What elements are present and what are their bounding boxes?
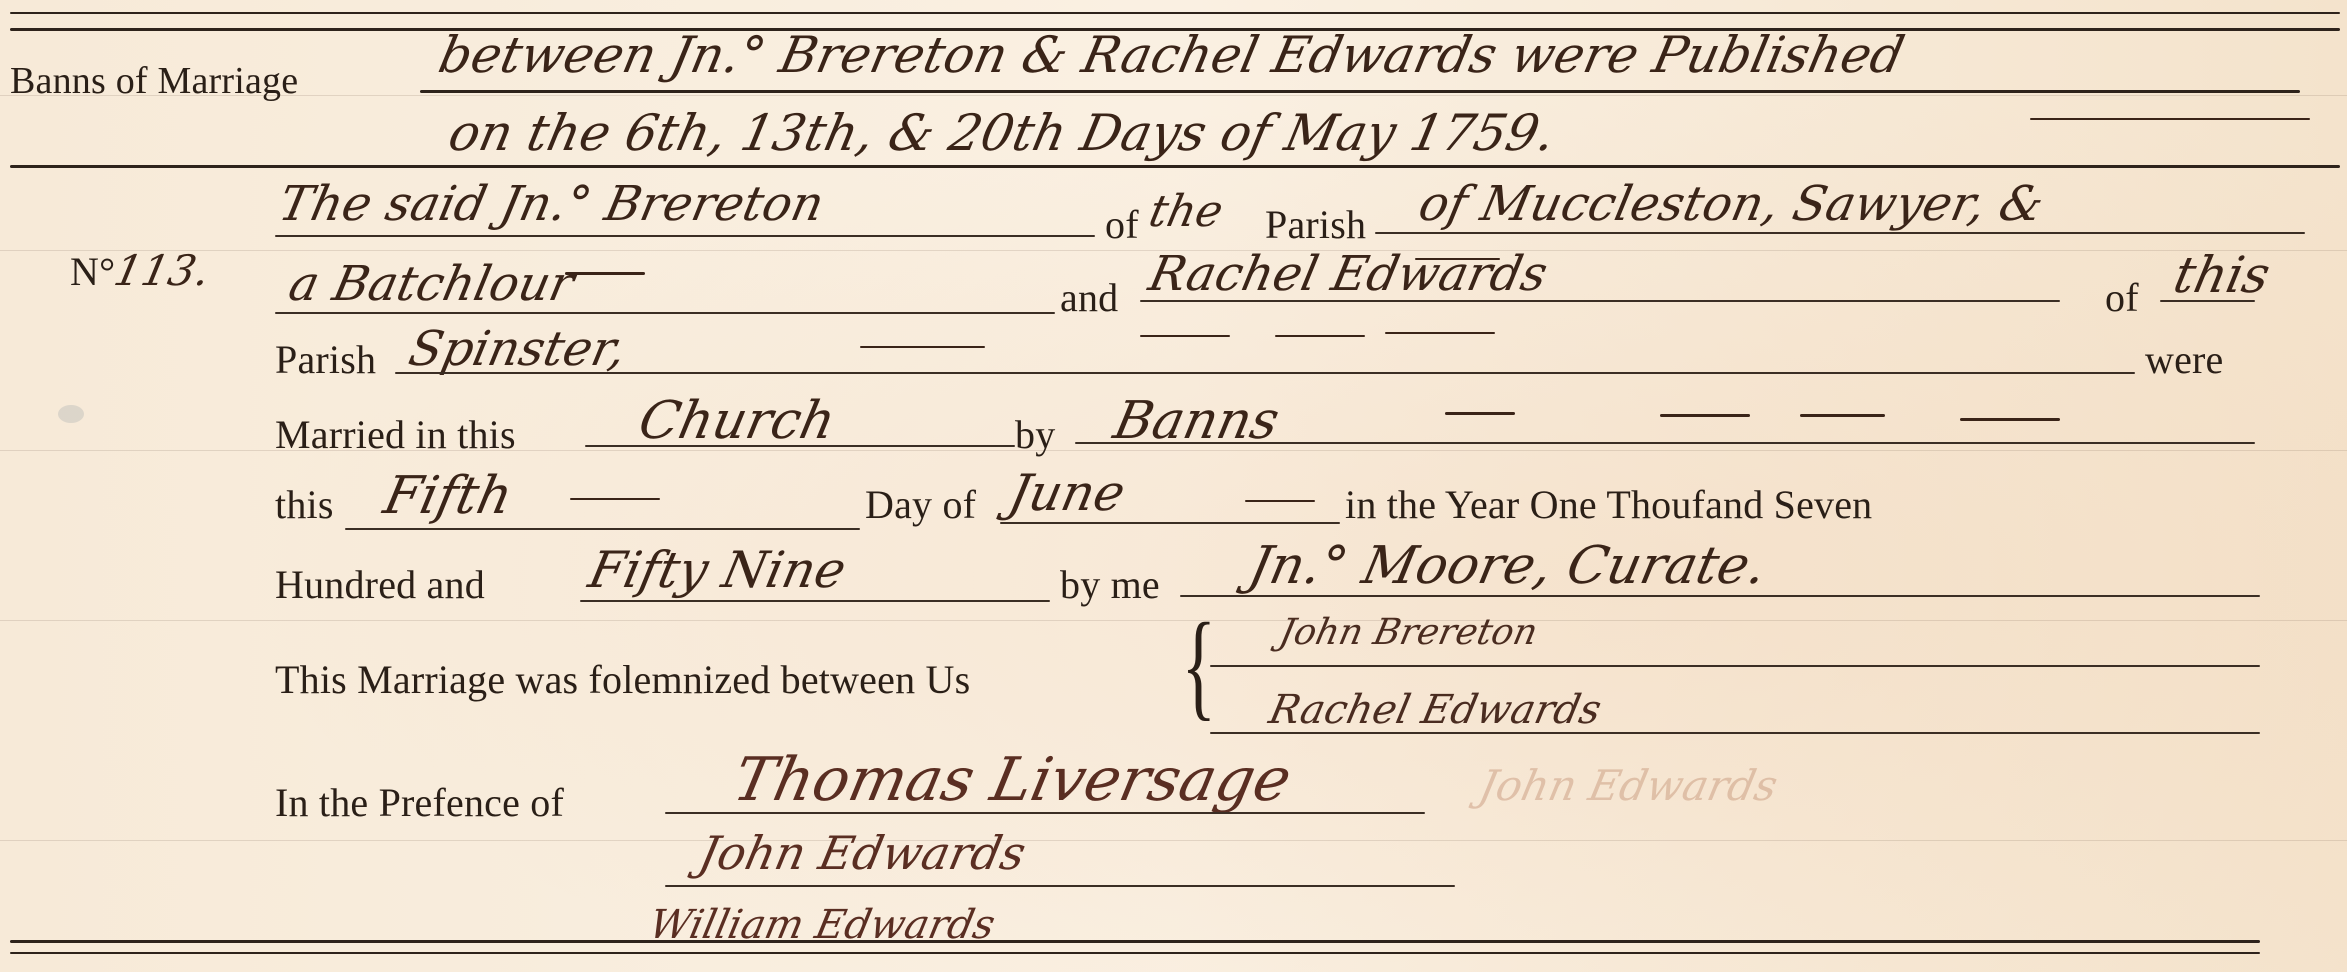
filler-dash	[860, 346, 985, 348]
filler-dash	[1800, 414, 1885, 417]
filler-dash	[1275, 335, 1365, 337]
banns-bottom-rule	[10, 165, 2340, 168]
hand-the: the	[1145, 190, 1226, 234]
label-married-in-this: Married in this	[275, 415, 516, 455]
label-year-prefix: in the Year One Thoufand Seven	[1345, 485, 1872, 525]
filler-dash	[565, 272, 645, 275]
banns-line-1: between Jn.° Brereton & Rachel Edwards w…	[435, 30, 1909, 80]
top-rule	[10, 12, 2340, 14]
hand-this-rule	[2160, 300, 2255, 302]
label-this: this	[275, 485, 334, 525]
entry-number-prefix: N°	[70, 249, 115, 294]
filler-dash	[1245, 500, 1315, 502]
label-day-of: Day of	[865, 485, 976, 525]
filler-dash	[1415, 258, 1500, 260]
register-page: Banns of Marriage between Jn.° Brereton …	[0, 0, 2347, 972]
place-rule	[585, 445, 1015, 447]
entry-number: N°113.	[70, 250, 210, 292]
entry-number-value: 113.	[111, 250, 214, 292]
filler-dash	[1445, 412, 1515, 415]
label-by: by	[1015, 415, 1055, 455]
day-rule	[345, 528, 860, 530]
signature-groom: John Brereton	[1276, 615, 1540, 651]
filler-dash	[2030, 118, 2310, 120]
banns-label: Banns of Marriage	[10, 62, 298, 100]
paper-ruling	[0, 840, 2347, 841]
marriage-by: Banns	[1109, 395, 1283, 447]
label-hundred-and: Hundred and	[275, 565, 485, 605]
marriage-place: Church	[634, 395, 839, 447]
label-presence: In the Prefence of	[275, 783, 564, 823]
label-were: were	[2145, 340, 2224, 380]
groom-status: a Batchlour	[285, 260, 578, 308]
witness-3: William Edwards	[646, 905, 999, 945]
marriage-year: Fifty Nine	[585, 545, 851, 595]
label-by-me: by me	[1060, 565, 1160, 605]
witness-1: Thomas Liversage	[729, 750, 1297, 810]
groom-parish-occupation: of Muccleston, Sawyer, &	[1415, 180, 2048, 228]
groom-name-hand: The said Jn.° Brereton	[275, 180, 828, 228]
banns-rule-1	[420, 90, 2300, 93]
officiant: Jn.° Moore, Curate.	[1244, 540, 1770, 592]
bride-status: Spinster,	[405, 325, 630, 373]
year-rule	[580, 600, 1050, 602]
bride-name-rule	[1140, 300, 2060, 302]
groom-status-rule	[275, 312, 1055, 314]
label-solemnized: This Marriage was folemnized between Us	[275, 660, 970, 700]
paper-ruling	[0, 620, 2347, 621]
by-rule	[1075, 442, 2255, 444]
filler-dash	[1960, 418, 2060, 421]
filler-dash	[570, 498, 660, 500]
month-rule	[1000, 522, 1340, 524]
witness-2-rule	[665, 885, 1455, 887]
label-parish-2: Parish	[275, 340, 376, 380]
bride-status-rule	[395, 372, 2135, 374]
label-parish: Parish	[1265, 205, 1366, 245]
marriage-month: June	[1005, 468, 1130, 518]
bottom-rule	[10, 940, 2260, 943]
bottom-rule	[10, 952, 2260, 954]
label-of: of	[1105, 205, 1139, 245]
filler-dash	[1660, 414, 1750, 417]
banns-line-2: on the 6th, 13th, & 20th Days of May 175…	[445, 108, 1560, 158]
filler-dash	[1140, 335, 1230, 337]
signature-bride-rule	[1210, 732, 2260, 734]
paper-stain	[58, 405, 84, 423]
marriage-day: Fifth	[379, 470, 516, 522]
signature-groom-rule	[1210, 665, 2260, 667]
filler-dash	[1385, 332, 1495, 334]
witness-2: John Edwards	[695, 830, 1030, 876]
bleed-through-text: John Edwards	[1476, 765, 1782, 807]
paper-ruling	[0, 95, 2347, 96]
signature-bride: Rachel Edwards	[1266, 690, 1605, 730]
witness-1-rule	[665, 812, 1425, 814]
officiant-rule	[1180, 595, 2260, 597]
groom-parish-rule	[1375, 232, 2305, 234]
groom-name-rule	[275, 235, 1095, 237]
hand-this: this	[2170, 250, 2275, 300]
label-and: and	[1060, 278, 1118, 318]
label-of-2: of	[2105, 278, 2139, 318]
